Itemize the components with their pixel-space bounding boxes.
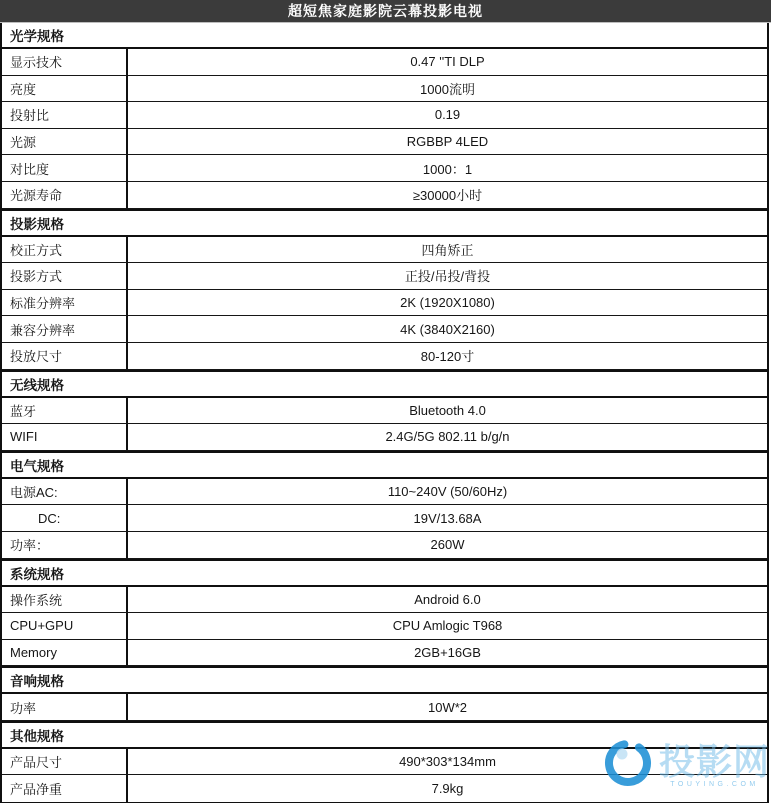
- spec-label: 标准分辨率: [2, 290, 128, 316]
- spec-value: 19V/13.68A: [128, 505, 767, 531]
- spec-row: 兼容分辨率 4K (3840X2160): [2, 316, 767, 343]
- spec-row: WIFI 2.4G/5G 802.11 b/g/n: [2, 424, 767, 451]
- spec-label: 功率：: [2, 532, 128, 558]
- spec-label: 亮度: [2, 76, 128, 102]
- spec-label: 功率: [2, 694, 128, 720]
- spec-label: 显示技术: [2, 49, 128, 75]
- spec-row: 产品尺寸 490*303*134mm: [2, 749, 767, 776]
- spec-row: 投射比 0.19: [2, 102, 767, 129]
- spec-label: 光源寿命: [2, 182, 128, 208]
- spec-value: 0.19: [128, 102, 767, 128]
- spec-value: 四角矫正: [128, 237, 767, 263]
- spec-value: 7.9kg: [128, 775, 767, 802]
- spec-value: 1000流明: [128, 76, 767, 102]
- spec-value: 正投/吊投/背投: [128, 263, 767, 289]
- spec-label: CPU+GPU: [2, 613, 128, 639]
- section-header-system: 系统规格: [2, 559, 767, 587]
- spec-row: CPU+GPU CPU Amlogic T968: [2, 613, 767, 640]
- spec-value: 110~240V (50/60Hz): [128, 479, 767, 505]
- spec-label: DC:: [2, 505, 128, 531]
- section-header-audio: 音响规格: [2, 666, 767, 694]
- spec-label: 校正方式: [2, 237, 128, 263]
- spec-value: RGBBP 4LED: [128, 129, 767, 155]
- spec-value: Android 6.0: [128, 587, 767, 613]
- spec-value: ≥30000小时: [128, 182, 767, 208]
- spec-row: 校正方式 四角矫正: [2, 237, 767, 264]
- section-header-other: 其他规格: [2, 721, 767, 749]
- spec-row: 标准分辨率 2K (1920X1080): [2, 290, 767, 317]
- spec-row: 操作系统 Android 6.0: [2, 587, 767, 614]
- spec-value: 2K (1920X1080): [128, 290, 767, 316]
- spec-label: 操作系统: [2, 587, 128, 613]
- spec-value: 260W: [128, 532, 767, 558]
- spec-label: 投射比: [2, 102, 128, 128]
- spec-value: 80-120寸: [128, 343, 767, 369]
- page-title: 超短焦家庭影院云幕投影电视: [0, 0, 771, 23]
- spec-row: 投放尺寸 80-120寸: [2, 343, 767, 370]
- section-header-wireless: 无线规格: [2, 370, 767, 398]
- spec-sheet: 超短焦家庭影院云幕投影电视 光学规格 显示技术 0.47 ''TI DLP 亮度…: [0, 0, 771, 803]
- spec-row: 功率 10W*2: [2, 694, 767, 721]
- spec-value: 490*303*134mm: [128, 749, 767, 775]
- spec-label: 电源AC:: [2, 479, 128, 505]
- spec-label: 兼容分辨率: [2, 316, 128, 342]
- spec-value: 2GB+16GB: [128, 640, 767, 666]
- spec-row: 对比度 1000：1: [2, 155, 767, 182]
- spec-label: WIFI: [2, 424, 128, 450]
- spec-row: 功率： 260W: [2, 532, 767, 559]
- spec-row: 蓝牙 Bluetooth 4.0: [2, 398, 767, 425]
- spec-row: DC: 19V/13.68A: [2, 505, 767, 532]
- spec-label: Memory: [2, 640, 128, 666]
- spec-table: 光学规格 显示技术 0.47 ''TI DLP 亮度 1000流明 投射比 0.…: [0, 23, 769, 803]
- spec-row: 亮度 1000流明: [2, 76, 767, 103]
- spec-row: 显示技术 0.47 ''TI DLP: [2, 49, 767, 76]
- spec-row: 光源寿命 ≥30000小时: [2, 182, 767, 209]
- spec-label: 产品净重: [2, 775, 128, 802]
- spec-value: 0.47 ''TI DLP: [128, 49, 767, 75]
- spec-label: 产品尺寸: [2, 749, 128, 775]
- spec-value: 10W*2: [128, 694, 767, 720]
- spec-value: 2.4G/5G 802.11 b/g/n: [128, 424, 767, 450]
- spec-label: 投影方式: [2, 263, 128, 289]
- spec-value: 4K (3840X2160): [128, 316, 767, 342]
- section-header-projection: 投影规格: [2, 209, 767, 237]
- spec-row: 电源AC: 110~240V (50/60Hz): [2, 479, 767, 506]
- spec-row: Memory 2GB+16GB: [2, 640, 767, 667]
- spec-row: 光源 RGBBP 4LED: [2, 129, 767, 156]
- spec-label: 投放尺寸: [2, 343, 128, 369]
- spec-value: CPU Amlogic T968: [128, 613, 767, 639]
- spec-row: 产品净重 7.9kg: [2, 775, 767, 802]
- spec-value: Bluetooth 4.0: [128, 398, 767, 424]
- spec-label: 光源: [2, 129, 128, 155]
- section-header-optical: 光学规格: [2, 23, 767, 49]
- spec-row: 投影方式 正投/吊投/背投: [2, 263, 767, 290]
- spec-value: 1000：1: [128, 155, 767, 181]
- section-header-electrical: 电气规格: [2, 451, 767, 479]
- spec-label: 对比度: [2, 155, 128, 181]
- spec-label: 蓝牙: [2, 398, 128, 424]
